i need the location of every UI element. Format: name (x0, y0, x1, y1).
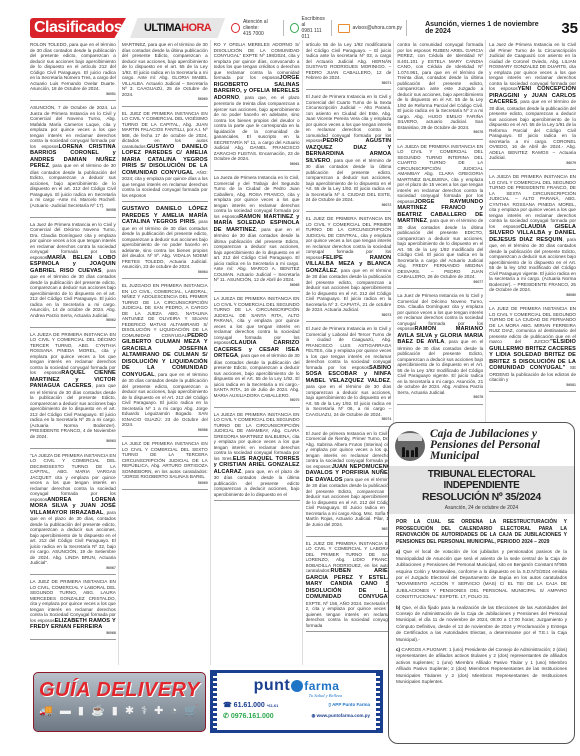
family-logo-icon (395, 431, 425, 461)
clause-b: b) Que, el día fijado para la realizació… (396, 605, 567, 643)
notice-code: 56076 (397, 130, 483, 136)
issue-date: Asunción, viernes 1 de noviembre de 2024 (425, 21, 547, 35)
contact-phone: Atención al cliente:415 7000 (231, 20, 284, 36)
column-3: RO Y OFELIA MERELES ADORNO S/ DISOLUCIÓN… (214, 40, 303, 665)
page-number: 35 (561, 20, 578, 37)
classified-notice: LA JUEZ DE PRIMERA INSTANCIA EN LO CIVIL… (122, 439, 208, 490)
classified-notice: EL JUEZ DE PRIMERA INSTANCIA EN LO CIVIL… (306, 539, 392, 633)
notice-code: 56077 (397, 280, 483, 286)
classified-notice: EL JUZGADO EN PRIMERA INSTANCIA EN LO CI… (122, 281, 208, 437)
resolution-number: RESOLUCIÓN Nº 35/2024 (391, 491, 572, 503)
classified-notice: LA JUEZ DE PRIMERA INSTANCIA EN LO CIVIL… (489, 304, 576, 392)
classified-notice: El Juez de primera Instancia en lo Civil… (306, 429, 392, 537)
caja-jubilaciones-notice: Caja de Jubilaciones y Pensiones del Per… (388, 422, 575, 744)
notice-code: 56069 (122, 481, 208, 487)
notice-code: 56062 (30, 318, 116, 324)
guia-delivery-ad[interactable]: GUÍA DELIVERY 🚚 ▬ ▮ ☕ ▮ ✱ ⚕ ✚ ◔ 🛒 (33, 672, 206, 732)
classified-notice: GUSTAVO DANIELO LÓPEZ PAREDES Y AMELIA M… (122, 204, 208, 279)
notice-code: 56051 (30, 92, 116, 98)
notice-code: 56064 (122, 270, 208, 276)
mail-icon (338, 24, 350, 33)
resolution-title-band: TRIBUNAL ELECTORAL INDEPENDIENTE RESOLUC… (389, 466, 574, 514)
farma-app: ▯ APP Punto Farma (329, 702, 371, 708)
whatsapp-icon (290, 23, 299, 33)
classified-notice: LA JUEZA DE PRIMERA INSTANCIA EN LO CIVI… (489, 172, 576, 302)
classified-notice: LA JUEZA DE PRIMERA INSTANCIA EN LO CIVI… (214, 294, 300, 408)
classified-notice: contra la comunidad conyugal formada por… (397, 40, 483, 140)
classified-notice: ROLON TOLEDO, para que en el término de … (30, 40, 116, 101)
org-name: Caja de Jubilaciones y Pensiones del Per… (430, 429, 568, 462)
classified-notice: LA JUEZA DE PRIMERA INSTANCIA EN LO CIVI… (397, 142, 483, 290)
column-1: ROLON TOLEDO, para que en el término de … (30, 40, 119, 665)
classified-notice: El Juez de Primera Instancia en lo Civil… (306, 92, 392, 212)
notice-code: 56063 (30, 439, 116, 445)
notice-code: 56058 (30, 208, 116, 214)
delivery-category-icons: 🚚 ▬ ▮ ☕ ▮ ✱ ⚕ ✚ ◔ 🛒 (34, 704, 205, 717)
classified-notice: LA JUEZA DE PRIMERA INSTANCIA EN LO CIVI… (214, 410, 300, 502)
notice-code: 56079 (489, 161, 576, 167)
notice-code: 56074 (306, 417, 392, 423)
resolution-lead: POR LA CUAL SE ORDENA LA REESTRUCTURACIÓ… (396, 519, 567, 545)
classified-notice: artículo 55 de la Ley 1/92 modificatoria… (306, 40, 392, 90)
classified-notice: La Juez de Primera Instancia en lo Civil… (489, 40, 576, 170)
classified-notice: La Juez de Primera Instancia en lo Civil… (397, 291, 483, 405)
classified-notice: "LA JUEZA DE PRIMERA INSTANCIA EN LO CIV… (30, 451, 116, 576)
section-title: Clasificados (30, 18, 126, 38)
newspaper-logo: ULTIMAHORA (130, 18, 225, 38)
column-2: MARTINEZ, para que en el término de 30 d… (122, 40, 211, 665)
notice-code: 56072 (306, 203, 392, 209)
classified-notice: La Jueza de Primera Instancia en lo Civi… (214, 173, 300, 292)
notice-code: 56078 (397, 395, 483, 401)
clause-a: a) Que el local de votación de los jubil… (396, 549, 567, 600)
farma-phone: ☎ 61.61.000 *61.61 (223, 701, 278, 709)
farma-whatsapp: ✆ 0976.161.000 (223, 712, 274, 720)
notice-code: 56061 (214, 162, 300, 168)
notice-code: 56075 (306, 527, 392, 533)
notice-code: 56070 (214, 398, 300, 404)
classified-notice: LA JUEZ DE PRIMERA INSTANCIA EN LO CIVIL… (30, 577, 116, 640)
notice-code: 56080 (489, 293, 576, 299)
classified-notice: MARTINEZ, para que en el término de 30 d… (122, 40, 208, 107)
notice-code: 56081 (489, 383, 576, 389)
notice-code: 56073 (306, 313, 392, 319)
tribunal-title: TRIBUNAL ELECTORAL INDEPENDIENTE (391, 469, 572, 491)
classified-notice: EL JUEZ DE PRIMERA INSTANCIA EN LO CIVIL… (122, 109, 208, 203)
notice-code: 56071 (306, 81, 392, 87)
resolution-date: Asunción, 24 de octubre de 2024 (391, 505, 572, 511)
contact-whatsapp: Escríbinos al0981 111 011 (290, 20, 332, 36)
classified-notice: EL JUEZ DE PRIMERA INSTANCIA EN LO CIVIL… (306, 214, 392, 322)
phone-icon (231, 23, 240, 33)
clause-c: c) CARGOS A PUGNAR: 1 (uno) Presidente d… (396, 647, 567, 685)
classified-notice: RO Y OFELIA MERELES ADORNO S/ DISOLUCIÓN… (214, 40, 300, 171)
column-4: artículo 55 de la Ley 1/92 modificatoria… (306, 40, 395, 665)
notice-code: 56068 (30, 631, 116, 637)
notice-code: 56067 (30, 566, 116, 572)
classified-notice: El Juez de Primera Instancia en lo Civil… (306, 324, 392, 427)
notice-code: 56060 (122, 97, 208, 103)
caja-header: Caja de Jubilaciones y Pensiones del Per… (389, 423, 574, 466)
contact-email: avisos@uhora.com.py (338, 20, 408, 36)
classified-notice: La Juez de Primera Instancia en lo Civil… (30, 220, 116, 328)
guia-delivery-title: GUÍA DELIVERY (34, 679, 205, 702)
notice-code: 56066 (122, 428, 208, 434)
globe-icon (291, 680, 303, 692)
page-header: Clasificados ULTIMAHORA Atención al clie… (30, 18, 578, 38)
resolution-body: POR LA CUAL SE ORDENA LA REESTRUCTURACIÓ… (389, 514, 574, 695)
farma-website: ◍ www.puntofarma.com.py (311, 713, 370, 719)
notice-code: 56065 (214, 283, 300, 289)
punto-farma-ad[interactable]: puntfarma Tu Salud y Belleza ☎ 61.61.000… (210, 670, 383, 733)
classified-notice: ASUNCIÓN, 7 de Octubre de 2024. La Jueza… (30, 103, 116, 218)
classified-notice: LA JUEZA DE PRIMERA INSTANCIA EN LO CIVI… (30, 330, 116, 449)
